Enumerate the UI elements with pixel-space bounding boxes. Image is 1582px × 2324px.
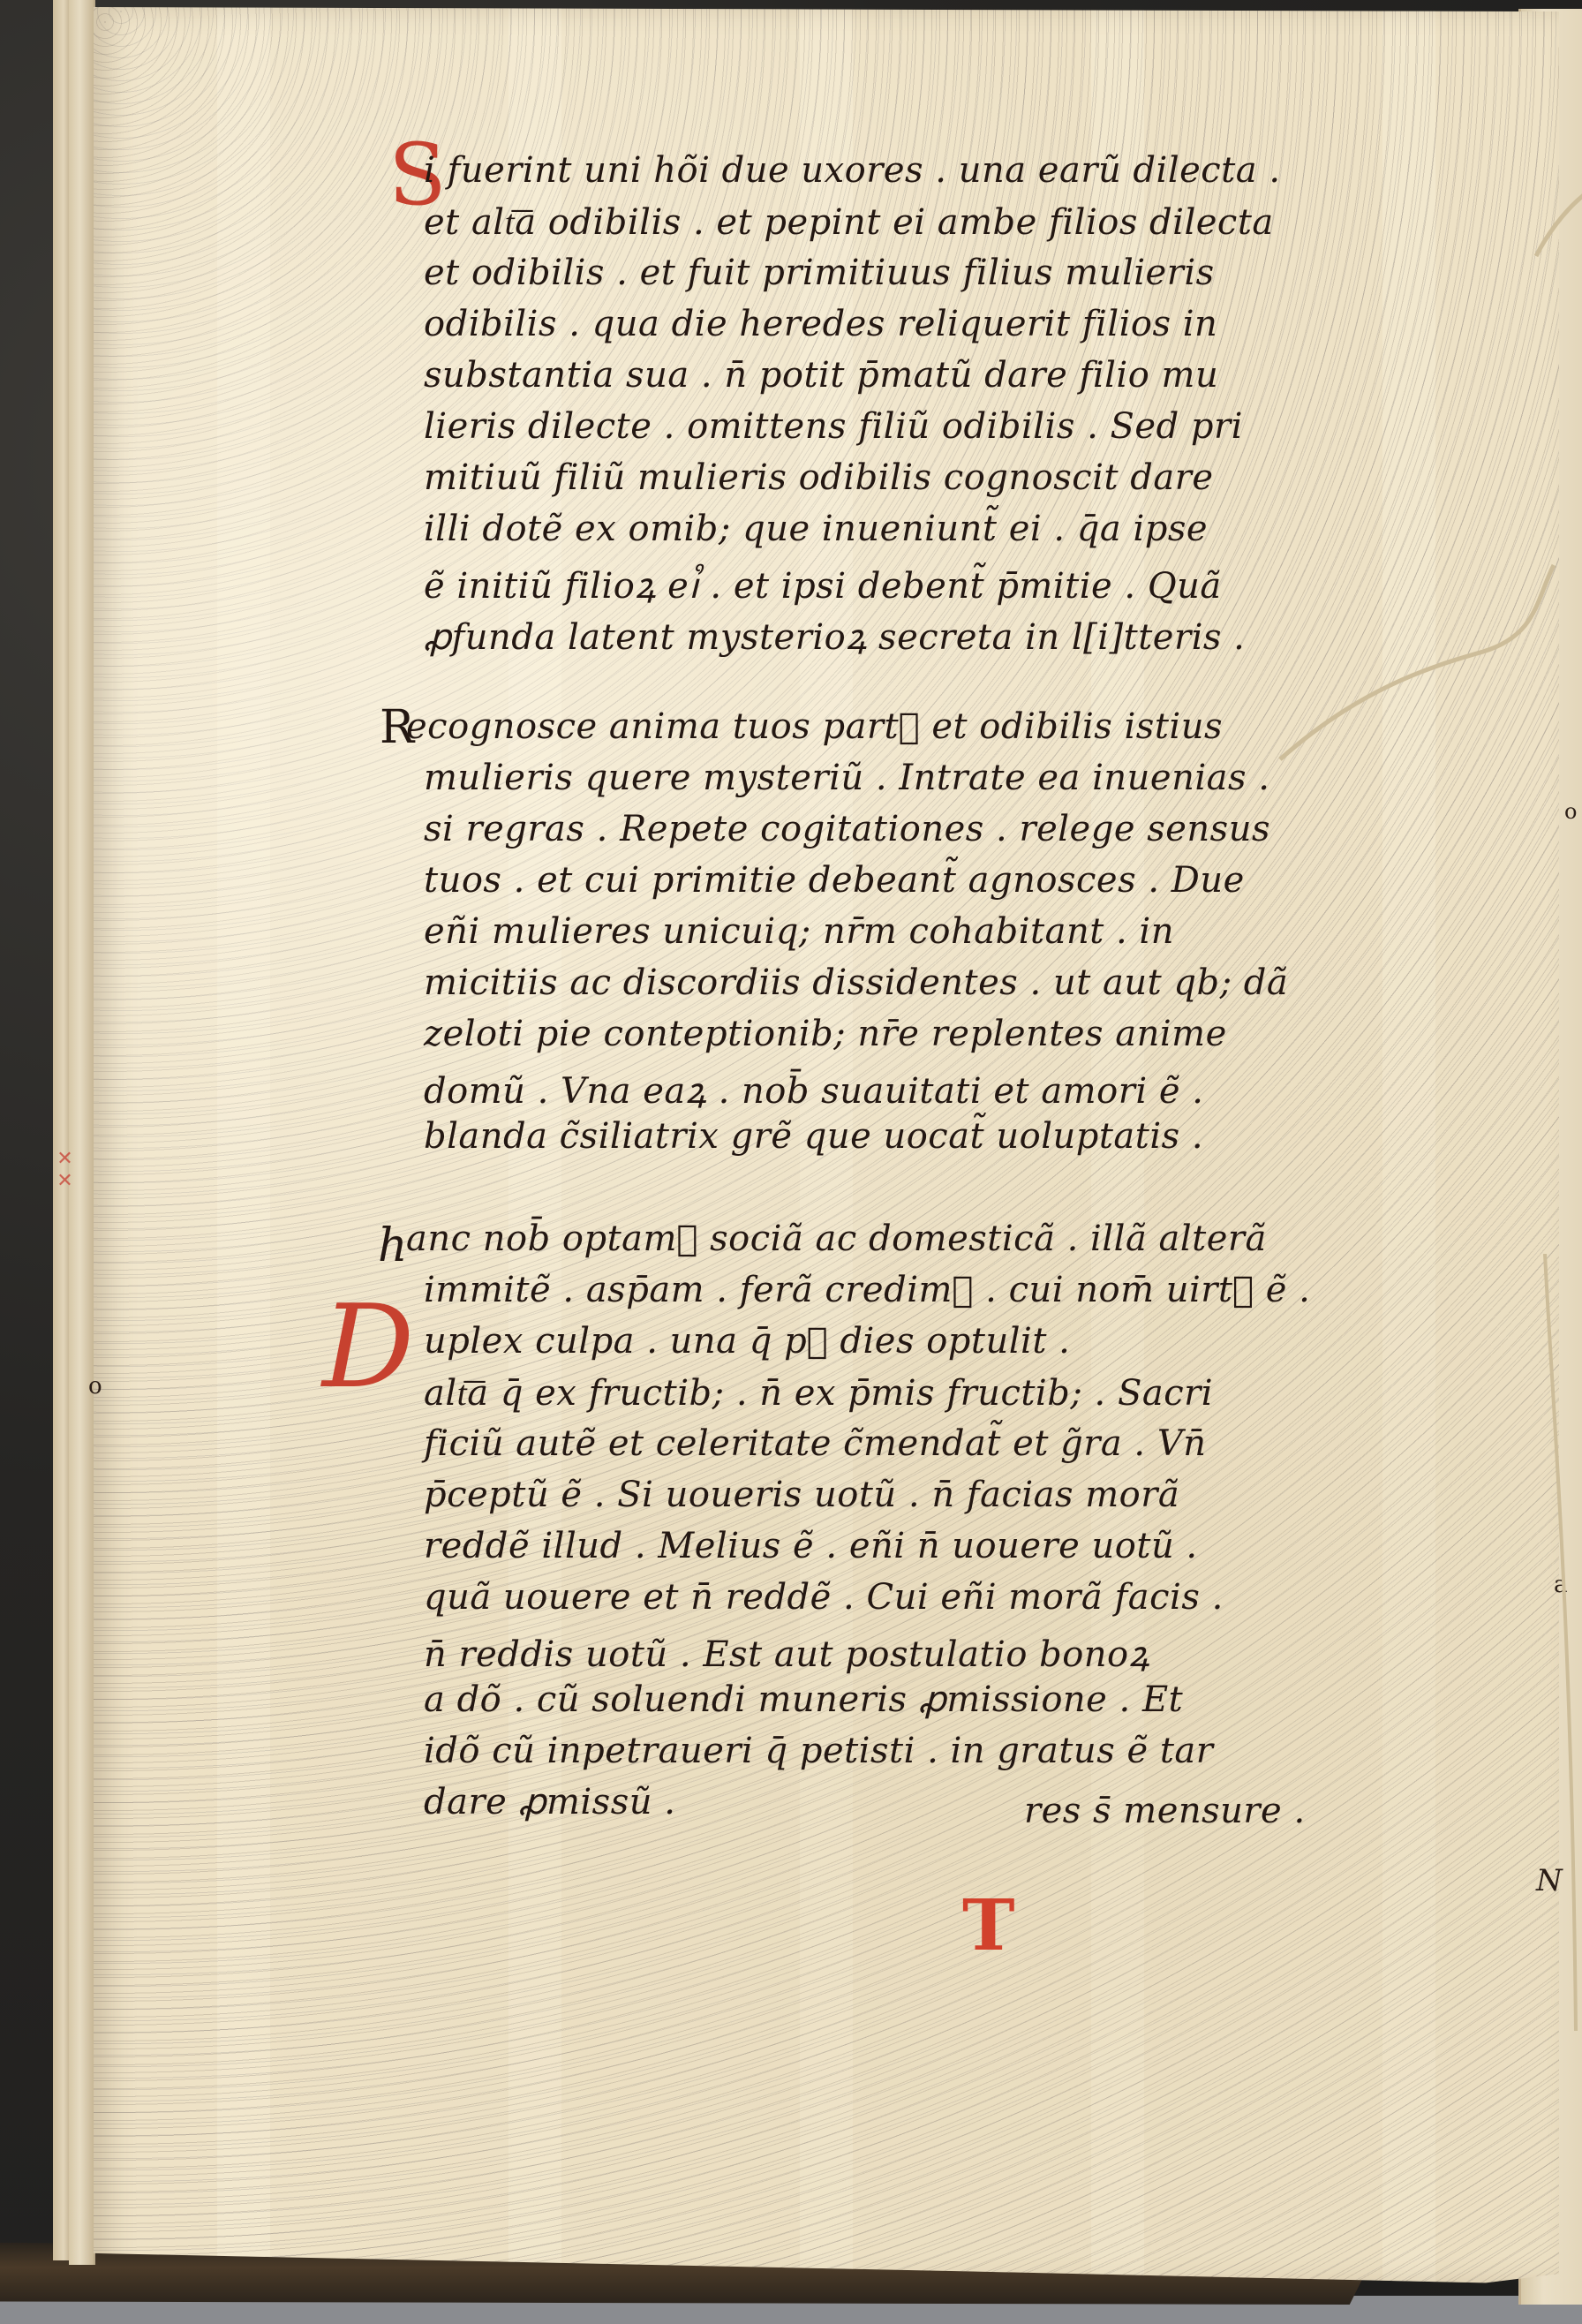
text-line: ecognosce anima tuos part᷒ et odibilis i… (406, 706, 1223, 759)
text-line: dare ꝓmissũ . (424, 1782, 675, 1835)
text-line: odibilis . qua die heredes reliquerit fi… (424, 304, 1217, 357)
text-line: ꝓfunda latent mysterioꝝ secreta in l[i]t… (424, 611, 1245, 664)
text-line: n̄ reddis uotũ . Est aut postulatio bono… (424, 1628, 1149, 1681)
text-line: idõ cũ inpetraueri q̄ petisti . in gratu… (424, 1731, 1213, 1784)
library-stamp: ✕✕ (56, 1148, 76, 1227)
binding-guard-inner (69, 0, 95, 2265)
text-line: mitiuũ filiũ mulieris odibilis cognoscit… (424, 457, 1214, 510)
text-line: eñi mulieres unicuiq; nr̄m cohabitant . … (424, 911, 1174, 964)
text-line: immitẽ . asp̄am . ferã credim᷒ . cui nom… (424, 1270, 1310, 1323)
rubric-initial-d: D (322, 1289, 414, 1404)
text-line: substantia sua . n̄ potit p̄matũ dare fi… (424, 355, 1218, 408)
binding-string-lower (1492, 1254, 1580, 2049)
text-line: tuos . et cui primitie debeant̃ agnosces… (424, 860, 1245, 913)
text-line: zeloti pie conteptionib; nr̄e replentes … (424, 1014, 1227, 1067)
text-line: res s̄ mensure . (1024, 1791, 1306, 1844)
text-line: alt͞a q̄ ex fructib; . n̄ ex p̄mis fruct… (424, 1372, 1213, 1425)
text-line: anc nob̄ optam᷒ sociã ac domesticã . ill… (406, 1219, 1267, 1271)
text-line: blanda c̃siliatrix grẽ que uocat̃ uolupt… (424, 1116, 1203, 1169)
rubric-initial-t: T (962, 1890, 1015, 1960)
text-line: ẽ initiũ filioꝝ ei᷒ . et ipsi debent̃ p̄… (424, 560, 1222, 613)
text-line: lieris dilecte . omittens filiũ odibilis… (424, 406, 1243, 459)
text-line: et odibilis . et fuit primitiuus filius … (424, 253, 1215, 306)
binding-guard-outer (53, 0, 71, 2260)
text-line: mulieris quere mysteriũ . Intrate ea inu… (424, 758, 1269, 811)
text-line: si regras . Repete cogitationes . relege… (424, 809, 1270, 862)
binding-string-middle (1254, 547, 1582, 812)
text-line: uplex culpa . una q̄ p᷒ dies optulit . (424, 1321, 1070, 1374)
text-line: p̄ceptũ ẽ . Si uoueris uotũ . n̄ facias … (424, 1475, 1179, 1528)
text-line: illi dotẽ ex omib; que inueniunt̃ ei . q… (424, 509, 1208, 562)
text-line: micitiis ac discordiis dissidentes . ut … (424, 962, 1288, 1015)
left-margin-mark: o (88, 1373, 102, 1400)
text-line: a dõ . cũ soluendi muneris ꝓmissione . E… (424, 1679, 1183, 1732)
text-line: i fuerint uni hõi due uxores . una earũ … (424, 150, 1281, 203)
text-line: et alt͞a odibilis . et pepint ei ambe fi… (424, 201, 1274, 254)
initial-h: h (378, 1223, 408, 1269)
text-line: domũ . Vna eaꝝ . nob̄ suauitati et amori… (424, 1065, 1203, 1118)
text-line: quã uouere et n̄ reddẽ . Cui eñi morã fa… (424, 1577, 1224, 1630)
text-line: ficiũ autẽ et celeritate c̃mendat̃ et g̃… (424, 1423, 1206, 1476)
text-line: reddẽ illud . Melius ẽ . eñi n̄ uouere u… (424, 1526, 1198, 1579)
